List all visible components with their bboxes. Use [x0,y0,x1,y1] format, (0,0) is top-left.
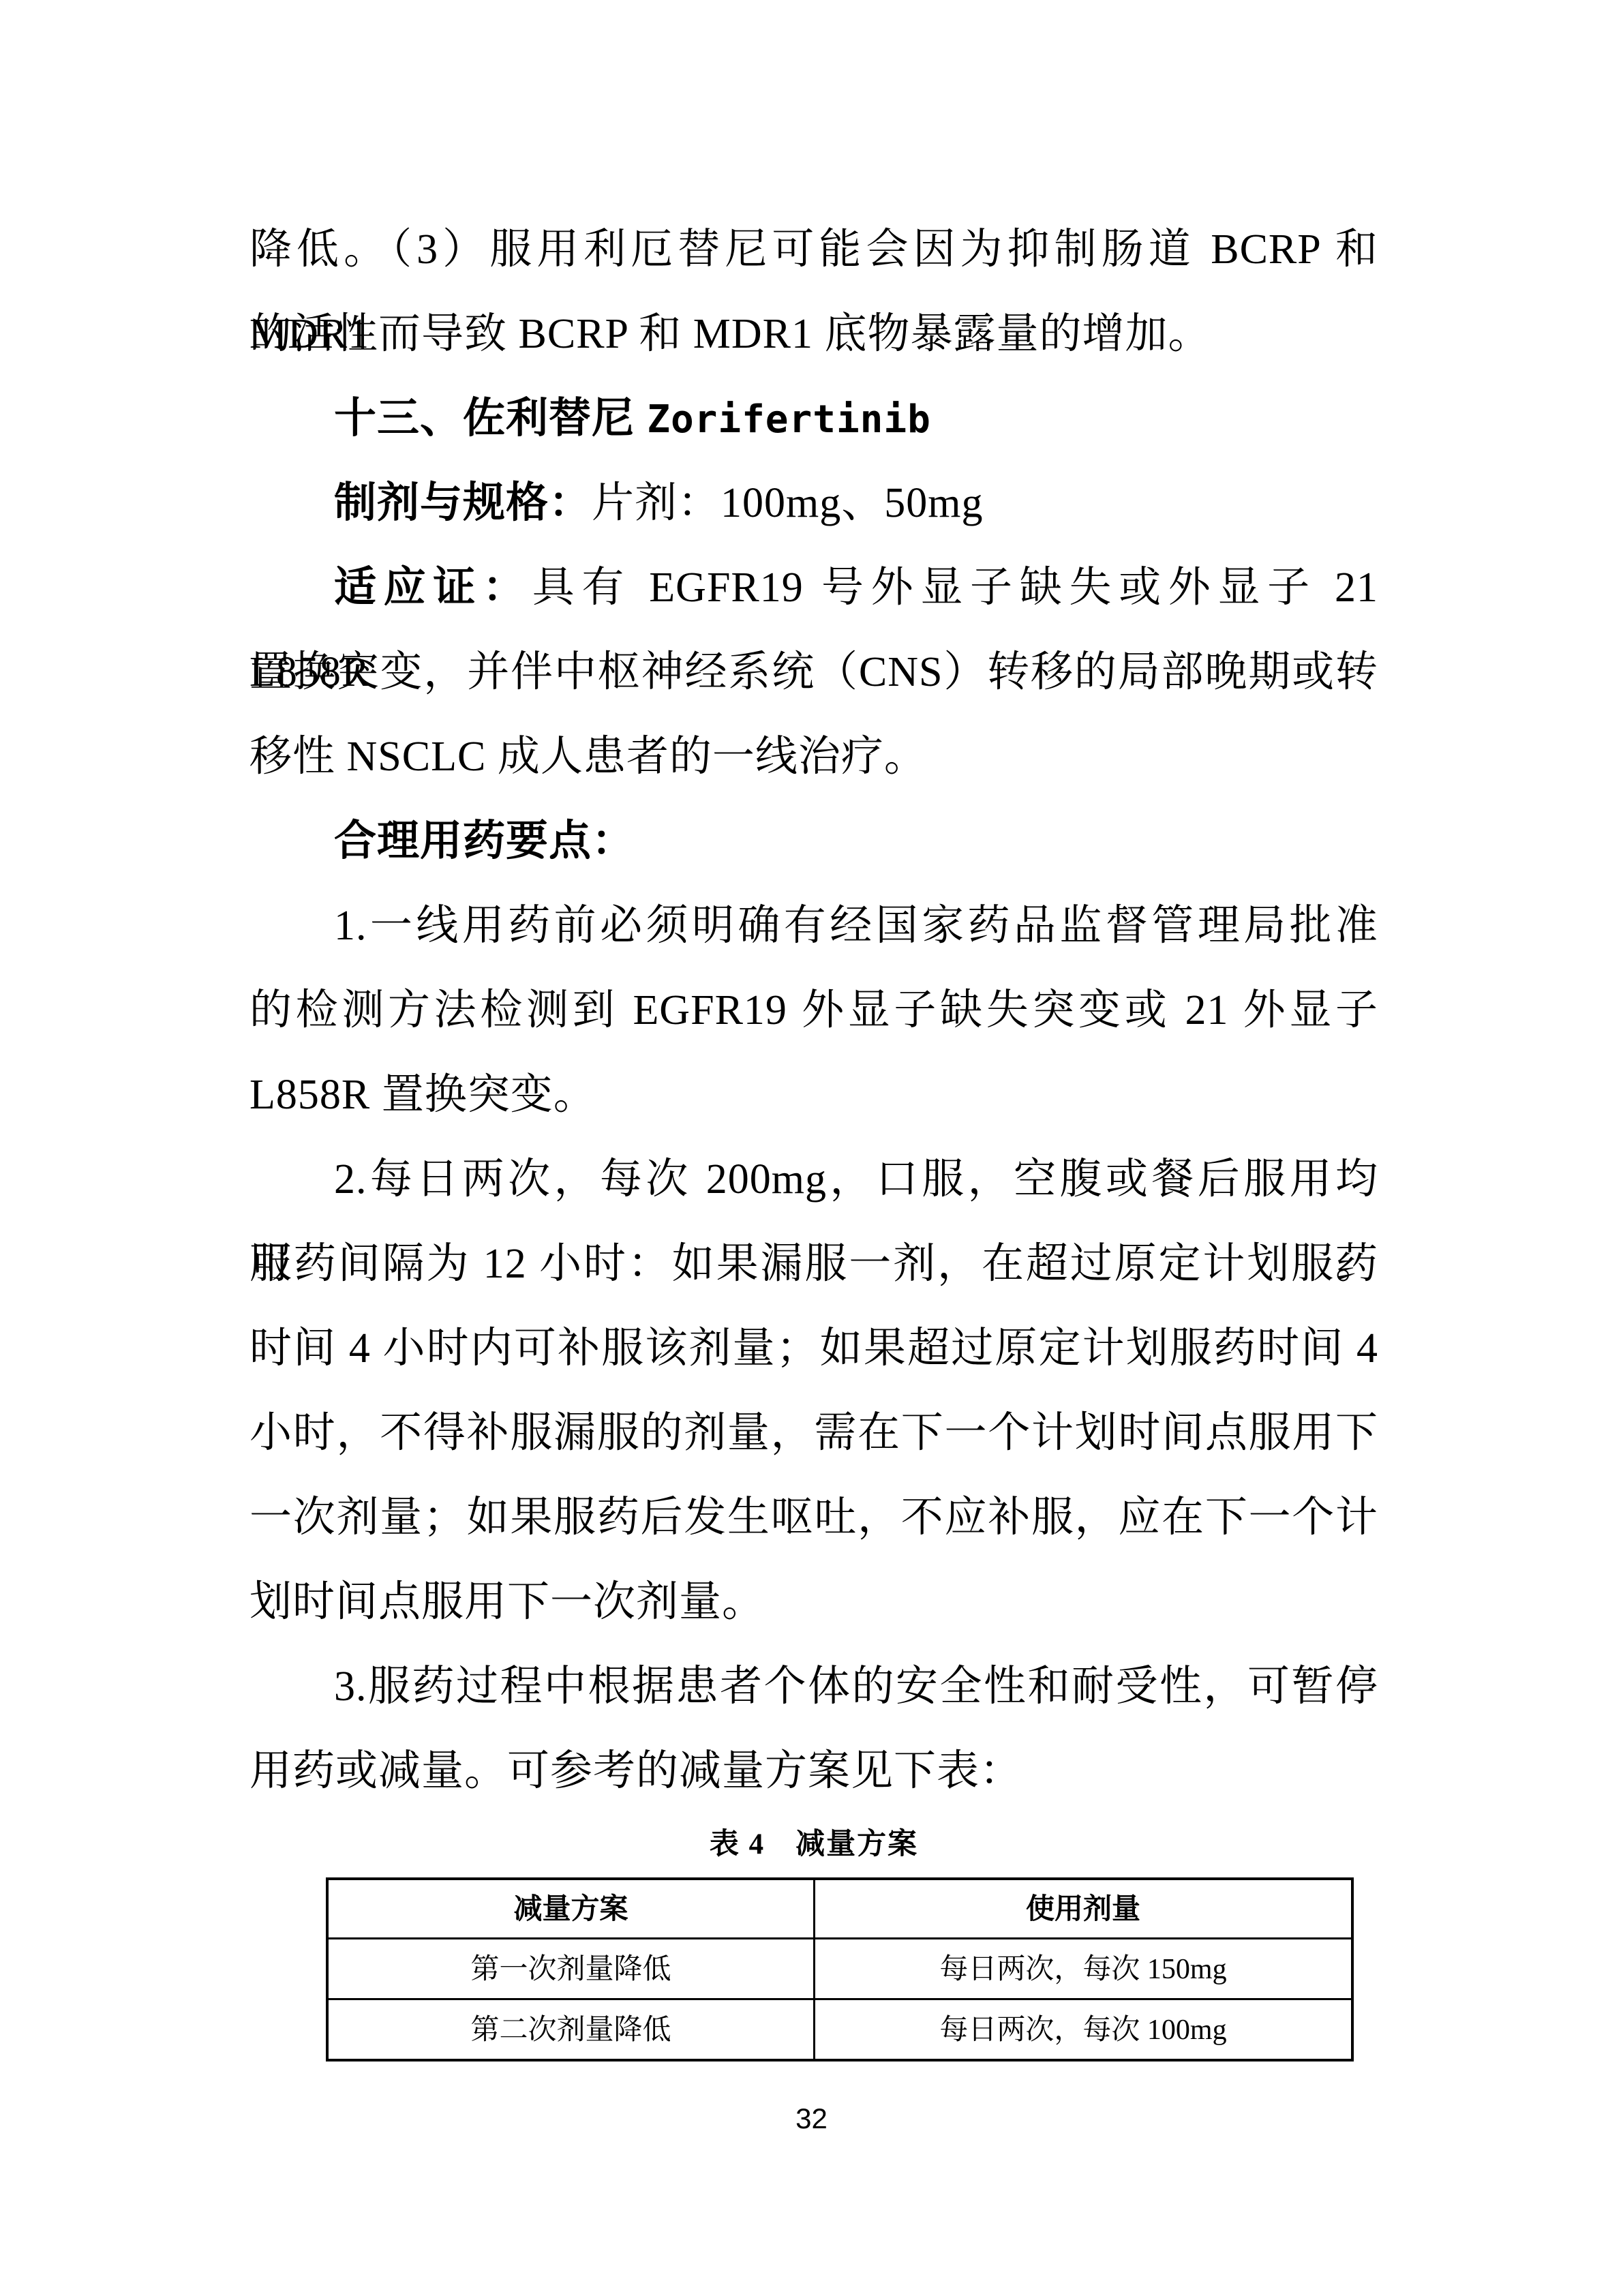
text-line: 2.每日两次，每次 200mg，口服，空腹或餐后服用均可。 [249,1137,1378,1222]
text-line: 移性 NSCLC 成人患者的一线治疗。 [249,714,1378,799]
document-page: 降低。（3）服用利厄替尼可能会因为抑制肠道 BCRP 和 MDR1 的活性而导致… [0,0,1623,2296]
text-line: 的活性而导致 BCRP 和 MDR1 底物暴露量的增加。 [249,292,1378,376]
table-row: 第一次剂量降低 每日两次，每次 150mg [327,1939,1352,1999]
table-cell: 第一次剂量降低 [327,1939,815,1999]
section-heading-cn: 十三、佐利替尼 [334,395,647,442]
field-value: 片剂：100mg、50mg [592,480,983,526]
text-line: 置换突变，并伴中枢神经系统（CNS）转移的局部晚期或转 [249,630,1378,714]
table-cell: 每日两次，每次 150mg [815,1939,1353,1999]
body-text: 降低。（3）服用利厄替尼可能会因为抑制肠道 BCRP 和 MDR1 的活性而导致… [249,207,1378,1813]
text-line: 划时间点服用下一次剂量。 [249,1560,1378,1644]
table-row: 第二次剂量降低 每日两次，每次 100mg [327,1999,1352,2061]
text-line: 降低。（3）服用利厄替尼可能会因为抑制肠道 BCRP 和 MDR1 [249,207,1378,292]
table-header-cell: 减量方案 [327,1879,815,1939]
field-label: 适应证： [334,564,532,611]
text-line: 的检测方法检测到 EGFR19 外显子缺失突变或 21 外显子 [249,968,1378,1053]
table-cell: 每日两次，每次 100mg [815,1999,1353,2061]
table-cell: 第二次剂量降低 [327,1999,815,2061]
section-heading-latin: Zorifertinib [647,397,931,442]
table-caption: 表 4 减量方案 [249,1822,1378,1868]
text-line: 1.一线用药前必须明确有经国家药品监督管理局批准 [249,883,1378,968]
subsection-heading: 合理用药要点： [249,799,1378,883]
text-line: 适应证：具有 EGFR19 号外显子缺失或外显子 21 L858R [249,545,1378,630]
text-line: 时间 4 小时内可补服该剂量；如果超过原定计划服药时间 4 [249,1306,1378,1391]
section-heading: 十三、佐利替尼 Zorifertinib [249,376,1378,461]
field-label: 制剂与规格： [334,479,592,526]
table-header-row: 减量方案 使用剂量 [327,1879,1352,1939]
text-line: 小时，不得补服漏服的剂量，需在下一个计划时间点服用下 [249,1391,1378,1475]
text-line: 一次剂量；如果服药后发生呕吐，不应补服，应在下一个计 [249,1475,1378,1560]
text-line: L858R 置换突变。 [249,1053,1378,1137]
dose-reduction-table: 减量方案 使用剂量 第一次剂量降低 每日两次，每次 150mg 第二次剂量降低 … [326,1877,1354,2061]
table-header-cell: 使用剂量 [815,1879,1353,1939]
text-line: 用药或减量。可参考的减量方案见下表： [249,1729,1378,1813]
text-line: 3.服药过程中根据患者个体的安全性和耐受性，可暂停 [249,1644,1378,1729]
page-number: 32 [0,2101,1623,2136]
text-line: 制剂与规格：片剂：100mg、50mg [249,461,1378,545]
text-line: 服药间隔为 12 小时：如果漏服一剂，在超过原定计划服药 [249,1222,1378,1306]
